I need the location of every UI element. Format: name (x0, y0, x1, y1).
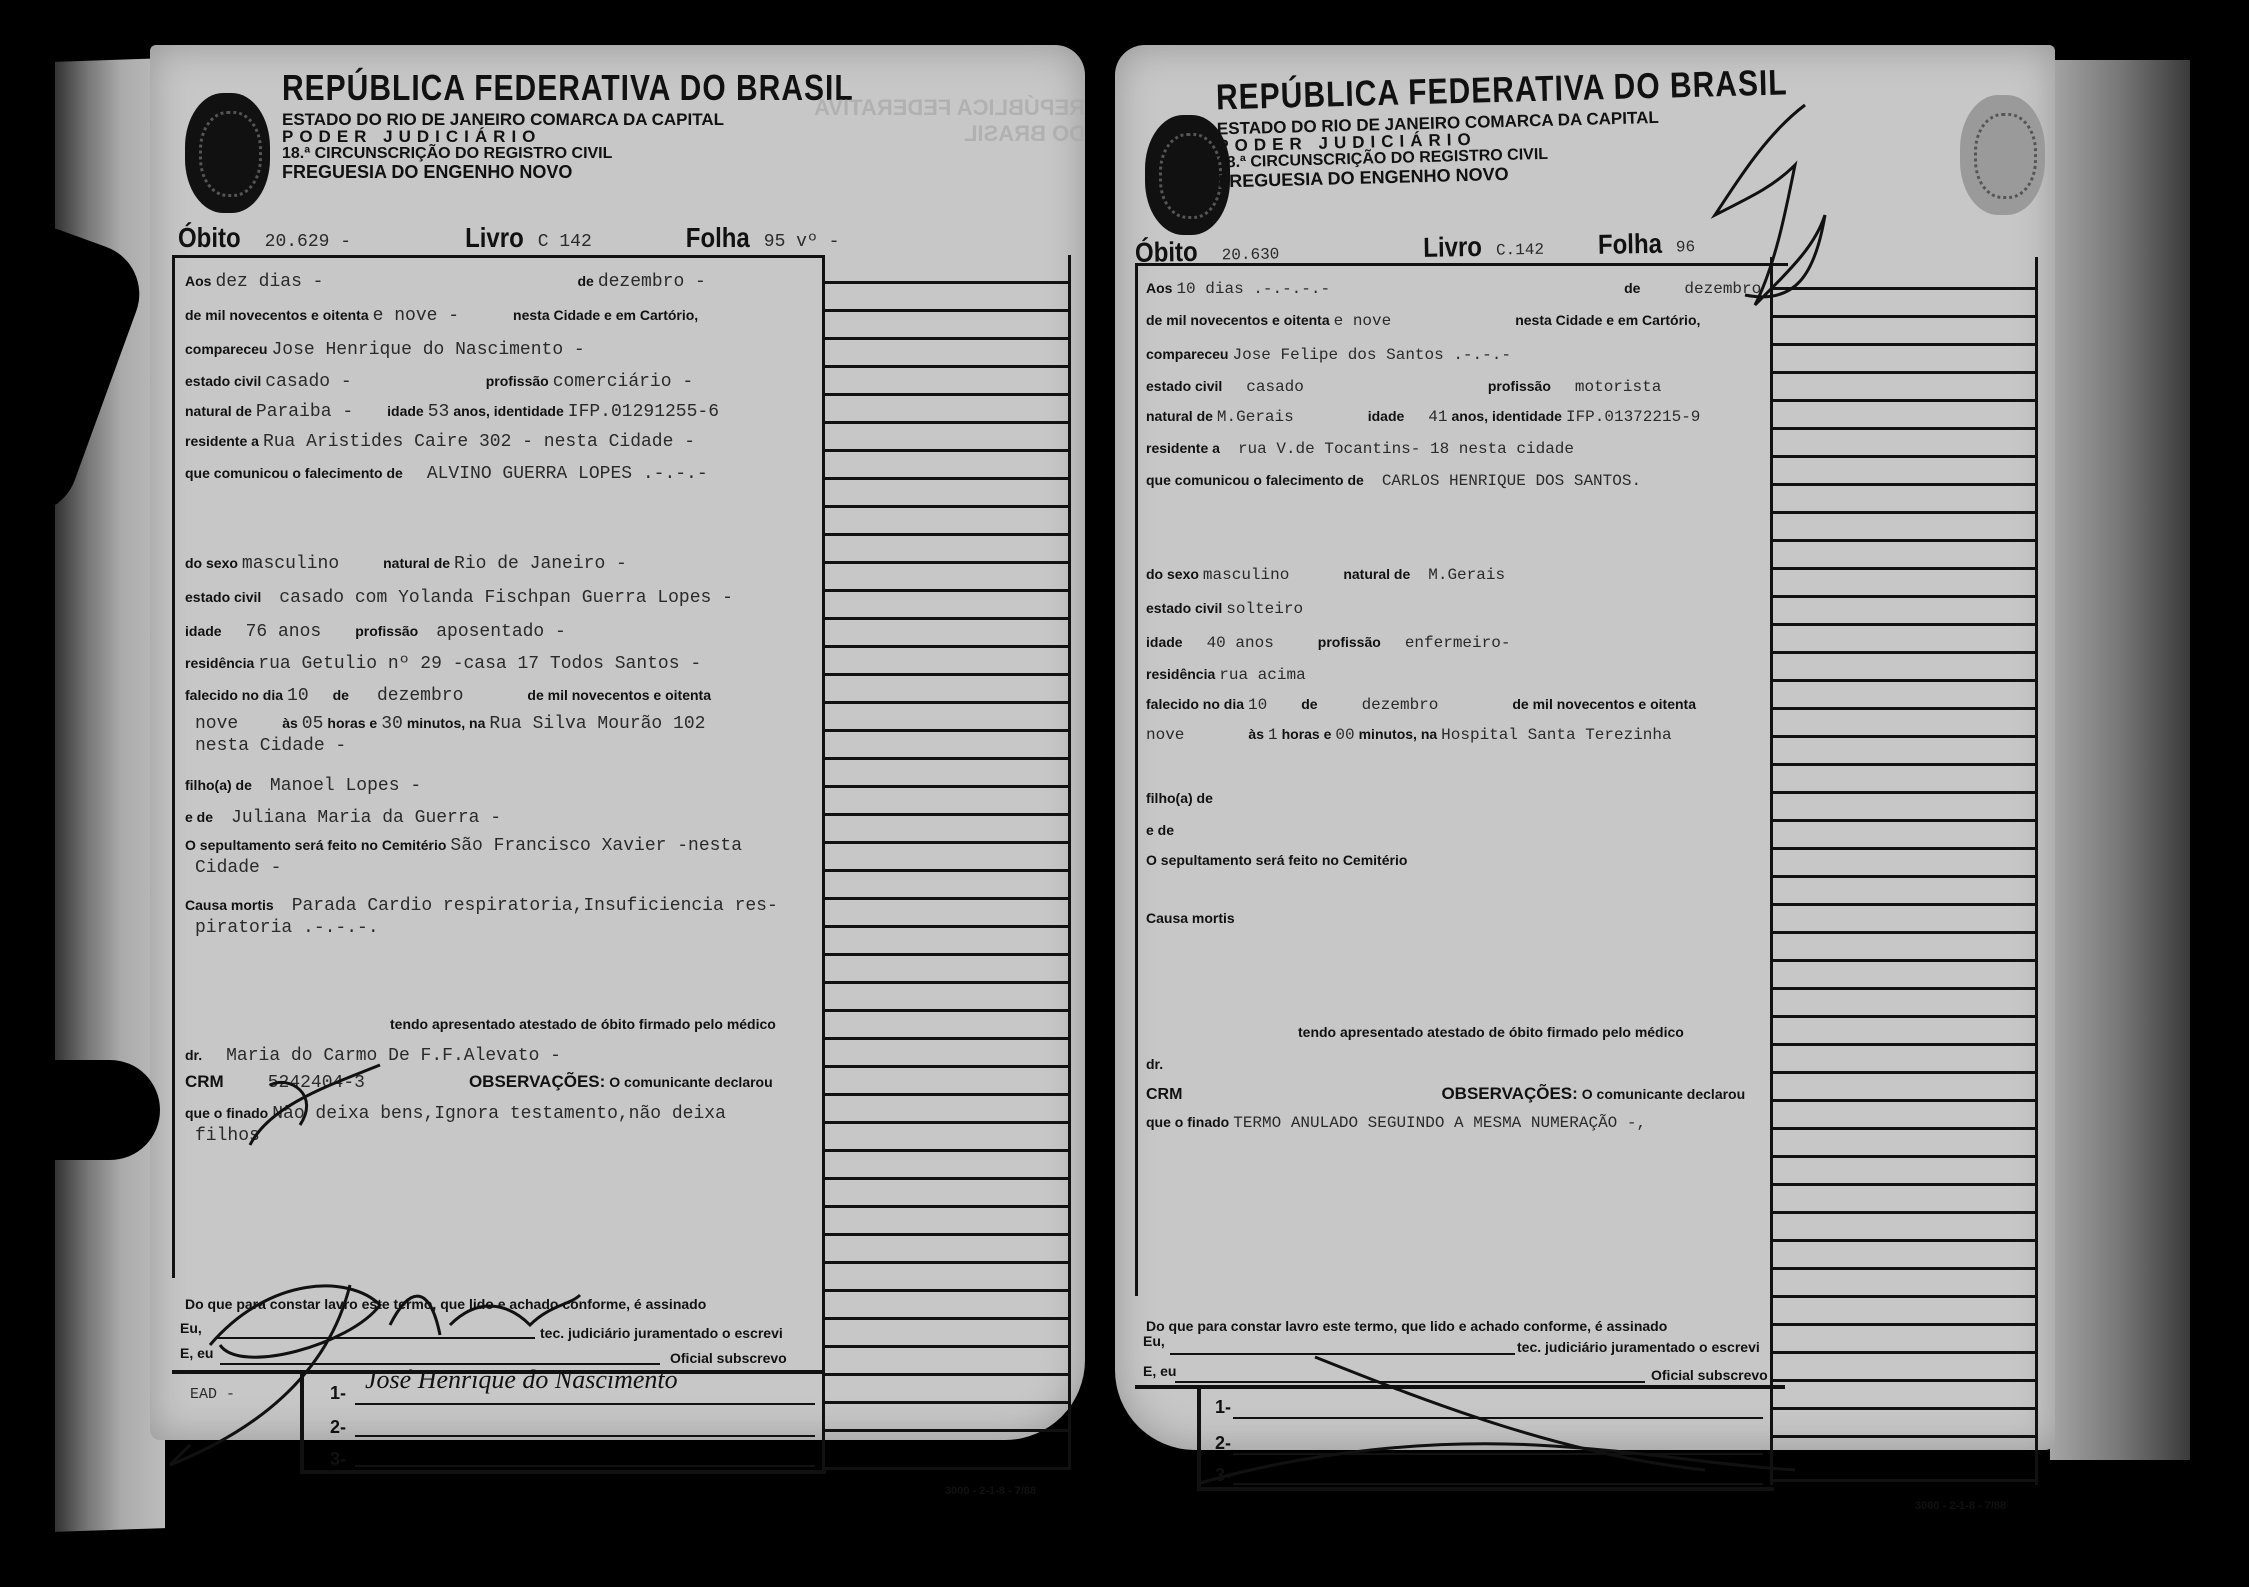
witness-3: 3- (330, 1449, 346, 1470)
official-signature-icon (150, 45, 1085, 1440)
right-page: REPÚBLICA FEDERATIVA DO BRASIL ESTADO DO… (1115, 45, 2055, 1450)
form-code: 3000 - 2-1-8 - 7/88 (945, 1485, 1036, 1497)
witness-3-line (1233, 1483, 1763, 1485)
holding-thumb-right (2215, 1100, 2249, 1300)
book-gutter (1085, 60, 1115, 1560)
witness-3-line (355, 1465, 815, 1467)
left-page: REPÚBLICA FEDERATIVA DO BRASIL ESTADO DO… (150, 45, 1085, 1440)
witness-2-line (1233, 1453, 1763, 1455)
form-code: 3000 - 2-1-8 - 7/88 (1915, 1500, 2006, 1512)
cancellation-strike-icon (1115, 45, 2055, 1450)
holding-finger-bottom (0, 1060, 160, 1160)
witness-3-label: 3- (330, 1449, 346, 1469)
book-page-stack-right (2050, 60, 2190, 1460)
